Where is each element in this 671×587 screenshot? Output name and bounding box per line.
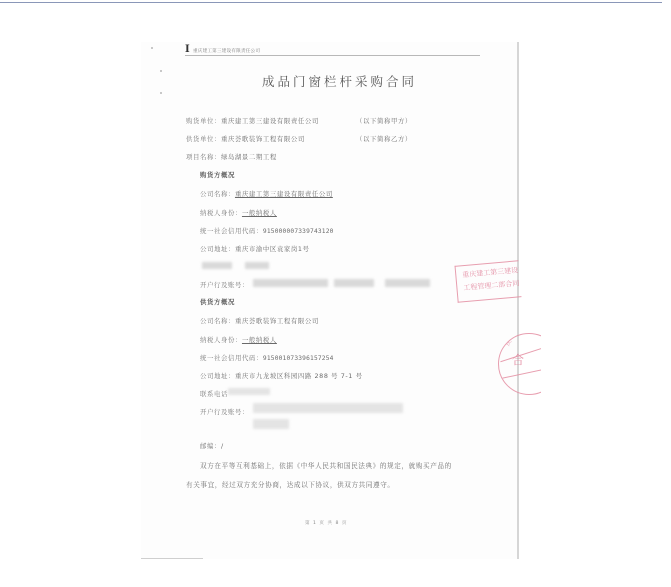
redacted-phone-label [202,262,232,269]
seal-small-char: 庆 [503,338,514,348]
top-divider [0,2,662,3]
seller-credit-code-value: 915001073396157254 [263,355,334,362]
purchaser-value: 重庆建工第三建设有限责任公司 [221,117,319,125]
seller-address-label: 公司地址： [200,372,235,380]
seller-bank-label: 开户行及账号： [200,408,249,416]
company-logo-icon: I [185,44,190,55]
page-bottom-edge [141,558,203,559]
paragraph-line-2: 有关事宜，经过双方充分协商，达成以下协议，供双方共同遵守。 [186,479,395,489]
buyer-address-line: 公司地址：重庆市渝中区袁家岗1号 [200,244,310,253]
buyer-taxpayer-line: 纳税人身份：一般纳税人 [200,208,277,217]
redacted-phone-value [245,262,269,269]
supplier-value: 重庆荟歌装饰工程有限公司 [221,135,305,143]
stamp-line-2: 工程管理二部合同 [463,277,521,295]
paragraph-line-1: 双方在平等互利基础上，依据《中华人民共和国民法典》的规定，就购买产品的 [200,460,452,470]
postcode-line: 邮编：/ [200,441,224,450]
header-divider [185,55,480,56]
buyer-company-value: 重庆建工第三建设有限责任公司 [235,190,333,198]
purchaser-note: （以下简称甲方） [356,116,412,125]
seller-company-label: 公司名称： [200,317,235,325]
seal-character: 合 [512,351,524,368]
postcode-label: 邮编： [200,442,221,450]
redacted-seller-account [253,419,289,429]
redacted-seller-bank [253,403,403,413]
header-company-name: 重庆建工第三建设有限责任公司 [193,48,260,54]
redacted-bank-branch [334,279,374,287]
project-value: 绿岛湖景二期工程 [221,153,277,161]
buyer-section-heading: 购货方概况 [200,170,235,179]
page-number: 第 1 页 共 8 页 [305,520,348,526]
purchaser-line: 购货单位：重庆建工第三建设有限责任公司 （以下简称甲方） [186,116,319,125]
buyer-bank-line: 开户行及账号： [200,280,249,289]
project-line: 项目名称：绿岛湖景二期工程 [186,152,277,161]
redacted-seller-phone [228,388,270,395]
buyer-taxpayer-label: 纳税人身份： [200,209,242,217]
page-edge [517,42,519,559]
seller-phone-line: 联系电话 [200,389,228,398]
buyer-credit-code-label: 统一社会信用代码： [200,227,263,235]
seller-address-line: 公司地址：重庆市九龙坡区科园四路 288 号 7-1 号 [200,371,363,380]
redacted-bank-name [253,279,328,287]
postcode-value: / [221,442,224,450]
buyer-bank-label: 开户行及账号： [200,281,249,289]
margin-mark [151,47,153,49]
seller-section-heading: 供货方概况 [200,297,235,306]
buyer-company-line: 公司名称：重庆建工第三建设有限责任公司 [200,189,333,198]
seller-address-value: 重庆市九龙坡区科园四路 288 号 7-1 号 [235,372,363,380]
rectangular-seal-stamp: 重庆建工第三建设有 工程管理二部合同 [455,260,522,302]
seller-company-line: 公司名称：重庆荟歌装饰工程有限公司 [200,316,319,325]
supplier-note: （以下简称乙方） [356,134,412,143]
margin-mark [160,70,162,72]
seller-taxpayer-value: 一般纳税人 [242,336,277,344]
buyer-taxpayer-value: 一般纳税人 [242,209,277,217]
margin-mark [160,92,162,94]
buyer-address-label: 公司地址： [200,245,235,253]
document-title: 成品门窗栏杆采购合同 [262,72,417,90]
buyer-credit-code-line: 统一社会信用代码：915000007339743120 [200,226,334,235]
seal-line [500,366,559,379]
redacted-account-number [385,279,430,287]
buyer-address-value: 重庆市渝中区袁家岗1号 [235,245,310,253]
supplier-line: 供货单位：重庆荟歌装饰工程有限公司 （以下简称乙方） [186,134,305,143]
buyer-credit-code-value: 915000007339743120 [263,228,334,235]
seller-credit-code-line: 统一社会信用代码：915001073396157254 [200,353,334,362]
supplier-label: 供货单位： [186,135,221,143]
purchaser-label: 购货单位： [186,117,221,125]
seller-credit-code-label: 统一社会信用代码： [200,354,263,362]
project-label: 项目名称： [186,153,221,161]
round-seal-stamp: 庆 合 [498,333,560,395]
seller-company-value: 重庆荟歌装饰工程有限公司 [235,317,319,325]
seller-phone-label: 联系电话 [200,390,228,398]
buyer-company-label: 公司名称： [200,190,235,198]
seller-bank-line: 开户行及账号： [200,407,249,416]
seller-taxpayer-label: 纳税人身份： [200,336,242,344]
seller-taxpayer-line: 纳税人身份：一般纳税人 [200,335,277,344]
